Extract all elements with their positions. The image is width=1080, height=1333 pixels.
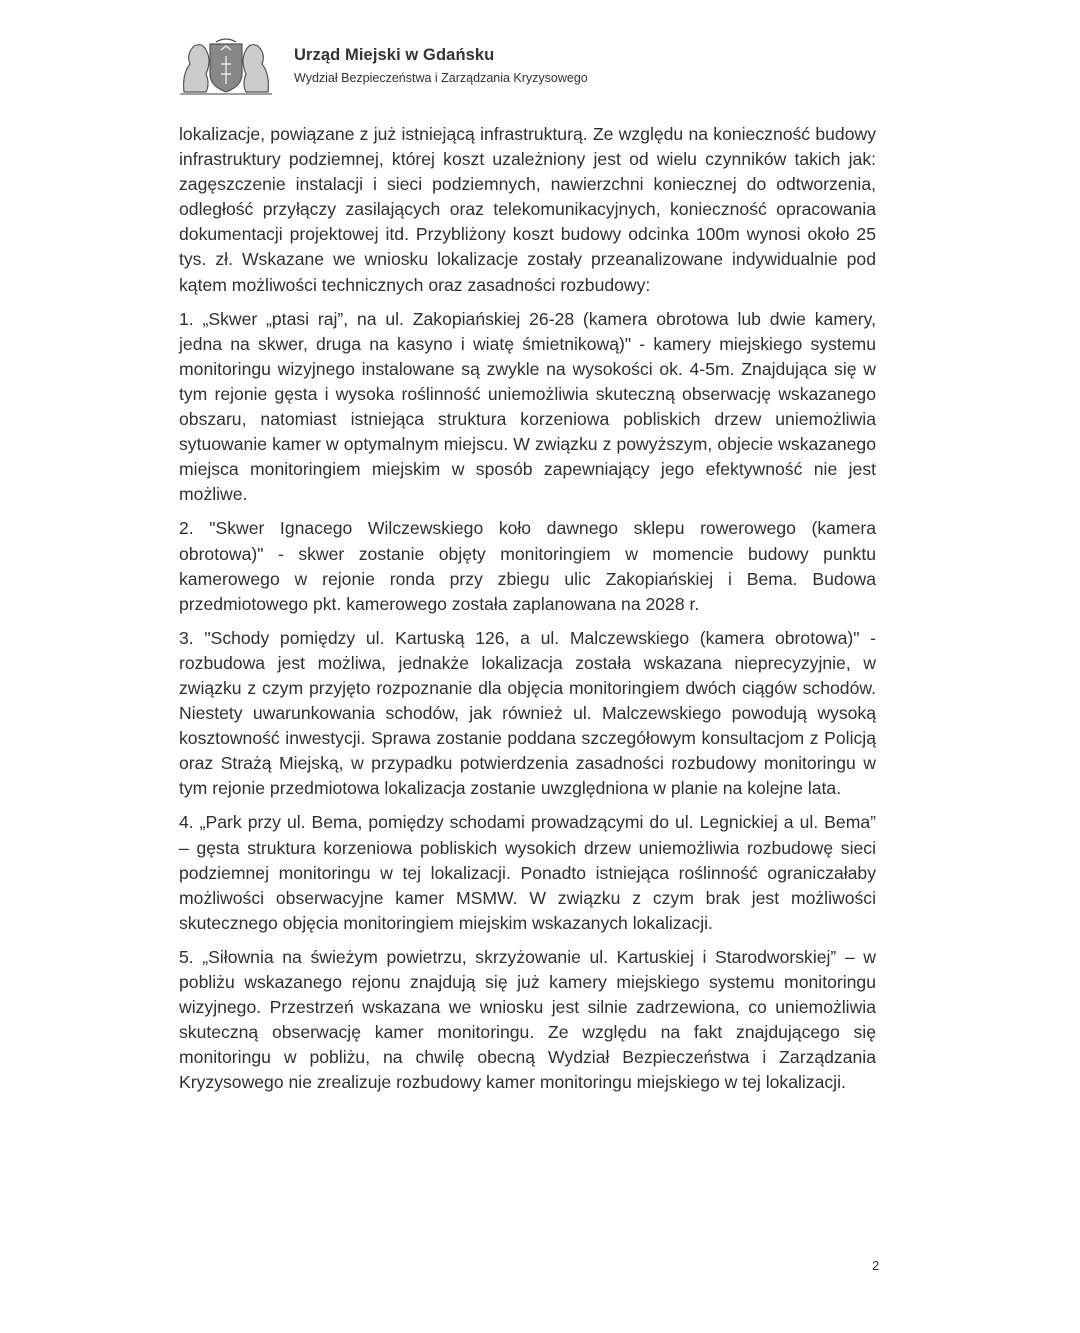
intro-paragraph: lokalizacje, powiązane z już istniejącą … (179, 122, 876, 298)
list-item: 3. "Schody pomiędzy ul. Kartuską 126, a … (179, 626, 876, 802)
letterhead: Urząd Miejski w Gdańsku Wydział Bezpiecz… (176, 34, 588, 96)
gdansk-coat-of-arms-icon (176, 34, 276, 96)
page-number: 2 (872, 1258, 879, 1273)
department-name: Wydział Bezpieczeństwa i Zarządzania Kry… (294, 71, 588, 85)
organization-name: Urząd Miejski w Gdańsku (294, 46, 588, 65)
list-item: 1. „Skwer „ptasi raj”, na ul. Zakopiańsk… (179, 307, 876, 508)
list-item: 5. „Siłownia na świeżym powietrzu, skrzy… (179, 945, 876, 1096)
list-item: 2. "Skwer Ignacego Wilczewskiego koło da… (179, 516, 876, 616)
letter-body: lokalizacje, powiązane z już istniejącą … (179, 122, 876, 1104)
list-item: 4. „Park przy ul. Bema, pomiędzy schodam… (179, 810, 876, 935)
